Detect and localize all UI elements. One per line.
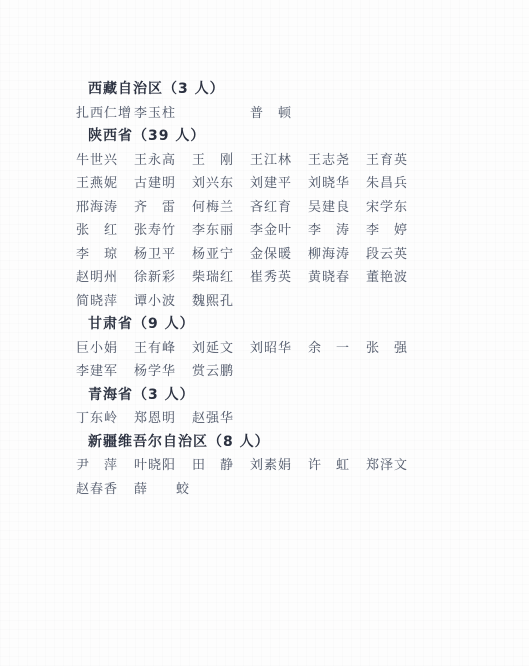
- person-name: 刘建平: [250, 172, 308, 196]
- name-row: 李建军杨学华赏云鹏: [76, 360, 424, 384]
- person-name: 李 涛: [308, 219, 366, 243]
- person-name: 田 静: [192, 454, 250, 478]
- person-name: 杨亚宁: [192, 243, 250, 267]
- empty-cell: [192, 102, 250, 126]
- person-name: 崔秀英: [250, 266, 308, 290]
- section-heading: 西藏自治区（3 人）: [88, 78, 424, 102]
- section-heading: 陕西省（39 人）: [88, 125, 424, 149]
- person-name: 简晓萍: [76, 290, 134, 314]
- name-row: 巨小娟王有峰刘延文刘昭华余 一张 强: [76, 337, 424, 361]
- person-name: 金保暖: [250, 243, 308, 267]
- name-row: 赵明州徐新彩柴瑞红崔秀英黄晓春董艳波: [76, 266, 424, 290]
- person-name: 李 婷: [366, 219, 424, 243]
- person-name: 杨卫平: [134, 243, 192, 267]
- name-row: 丁东岭郑恩明赵强华: [76, 407, 424, 431]
- person-name: 古建明: [134, 172, 192, 196]
- person-name: 王志尧: [308, 149, 366, 173]
- person-name: 余 一: [308, 337, 366, 361]
- person-name: 王永高: [134, 149, 192, 173]
- name-row: 邢海涛齐 雷何梅兰吝红育吴建良宋学东: [76, 196, 424, 220]
- person-name: 董艳波: [366, 266, 424, 290]
- person-name: 赵明州: [76, 266, 134, 290]
- person-name: 柴瑞红: [192, 266, 250, 290]
- person-name: 巨小娟: [76, 337, 134, 361]
- person-name: 郑恩明: [134, 407, 192, 431]
- person-name: 赵春香: [76, 478, 134, 502]
- section-heading: 青海省（3 人）: [88, 384, 424, 408]
- person-name: 朱昌兵: [366, 172, 424, 196]
- person-name: 普 顿: [250, 102, 308, 126]
- person-name: 张 强: [366, 337, 424, 361]
- person-name: 邢海涛: [76, 196, 134, 220]
- person-name: 赏云鹏: [192, 360, 250, 384]
- name-row: 张 红张寿竹李东丽李金叶李 涛李 婷: [76, 219, 424, 243]
- person-name: 谭小波: [134, 290, 192, 314]
- person-name: 丁东岭: [76, 407, 134, 431]
- name-row: 李 琼杨卫平杨亚宁金保暖柳海涛段云英: [76, 243, 424, 267]
- section-heading: 甘肃省（9 人）: [88, 313, 424, 337]
- person-name: 牛世兴: [76, 149, 134, 173]
- person-name: 刘昭华: [250, 337, 308, 361]
- person-name: 柳海涛: [308, 243, 366, 267]
- person-name: 赵强华: [192, 407, 250, 431]
- person-name: 吴建良: [308, 196, 366, 220]
- person-name: 张寿竹: [134, 219, 192, 243]
- name-row: 牛世兴王永高王 刚王江林王志尧王育英: [76, 149, 424, 173]
- person-name: 黄晓春: [308, 266, 366, 290]
- person-name: 王燕妮: [76, 172, 134, 196]
- person-name: 何梅兰: [192, 196, 250, 220]
- person-name: 李建军: [76, 360, 134, 384]
- person-name: 刘晓华: [308, 172, 366, 196]
- name-row: 王燕妮古建明刘兴东刘建平刘晓华朱昌兵: [76, 172, 424, 196]
- person-name: 齐 雷: [134, 196, 192, 220]
- person-name: 刘延文: [192, 337, 250, 361]
- person-name: 宋学东: [366, 196, 424, 220]
- person-name: 扎西仁增: [76, 102, 134, 126]
- person-name: 李 琼: [76, 243, 134, 267]
- roster-list: 西藏自治区（3 人）扎西仁增李玉柱普 顿陕西省（39 人）牛世兴王永高王 刚王江…: [76, 78, 424, 501]
- person-name: 许 虹: [308, 454, 366, 478]
- person-name: 刘素娟: [250, 454, 308, 478]
- document-page: 西藏自治区（3 人）扎西仁增李玉柱普 顿陕西省（39 人）牛世兴王永高王 刚王江…: [0, 0, 529, 666]
- name-row: 赵春香薛 蛟: [76, 478, 424, 502]
- name-row: 尹 萍叶晓阳田 静刘素娟许 虹郑泽文: [76, 454, 424, 478]
- name-row: 简晓萍谭小波魏熙孔: [76, 290, 424, 314]
- person-name: 李金叶: [250, 219, 308, 243]
- person-name: 李东丽: [192, 219, 250, 243]
- name-row: 扎西仁增李玉柱普 顿: [76, 102, 424, 126]
- person-name: 杨学华: [134, 360, 192, 384]
- person-name: 徐新彩: [134, 266, 192, 290]
- person-name: 吝红育: [250, 196, 308, 220]
- person-name: 刘兴东: [192, 172, 250, 196]
- person-name: 王育英: [366, 149, 424, 173]
- person-name: 李玉柱: [134, 102, 192, 126]
- person-name: 薛 蛟: [134, 478, 192, 502]
- section-heading: 新疆维吾尔自治区（8 人）: [88, 431, 424, 455]
- person-name: 尹 萍: [76, 454, 134, 478]
- person-name: 叶晓阳: [134, 454, 192, 478]
- person-name: 张 红: [76, 219, 134, 243]
- person-name: 魏熙孔: [192, 290, 250, 314]
- person-name: 王江林: [250, 149, 308, 173]
- person-name: 王 刚: [192, 149, 250, 173]
- person-name: 王有峰: [134, 337, 192, 361]
- person-name: 段云英: [366, 243, 424, 267]
- person-name: 郑泽文: [366, 454, 424, 478]
